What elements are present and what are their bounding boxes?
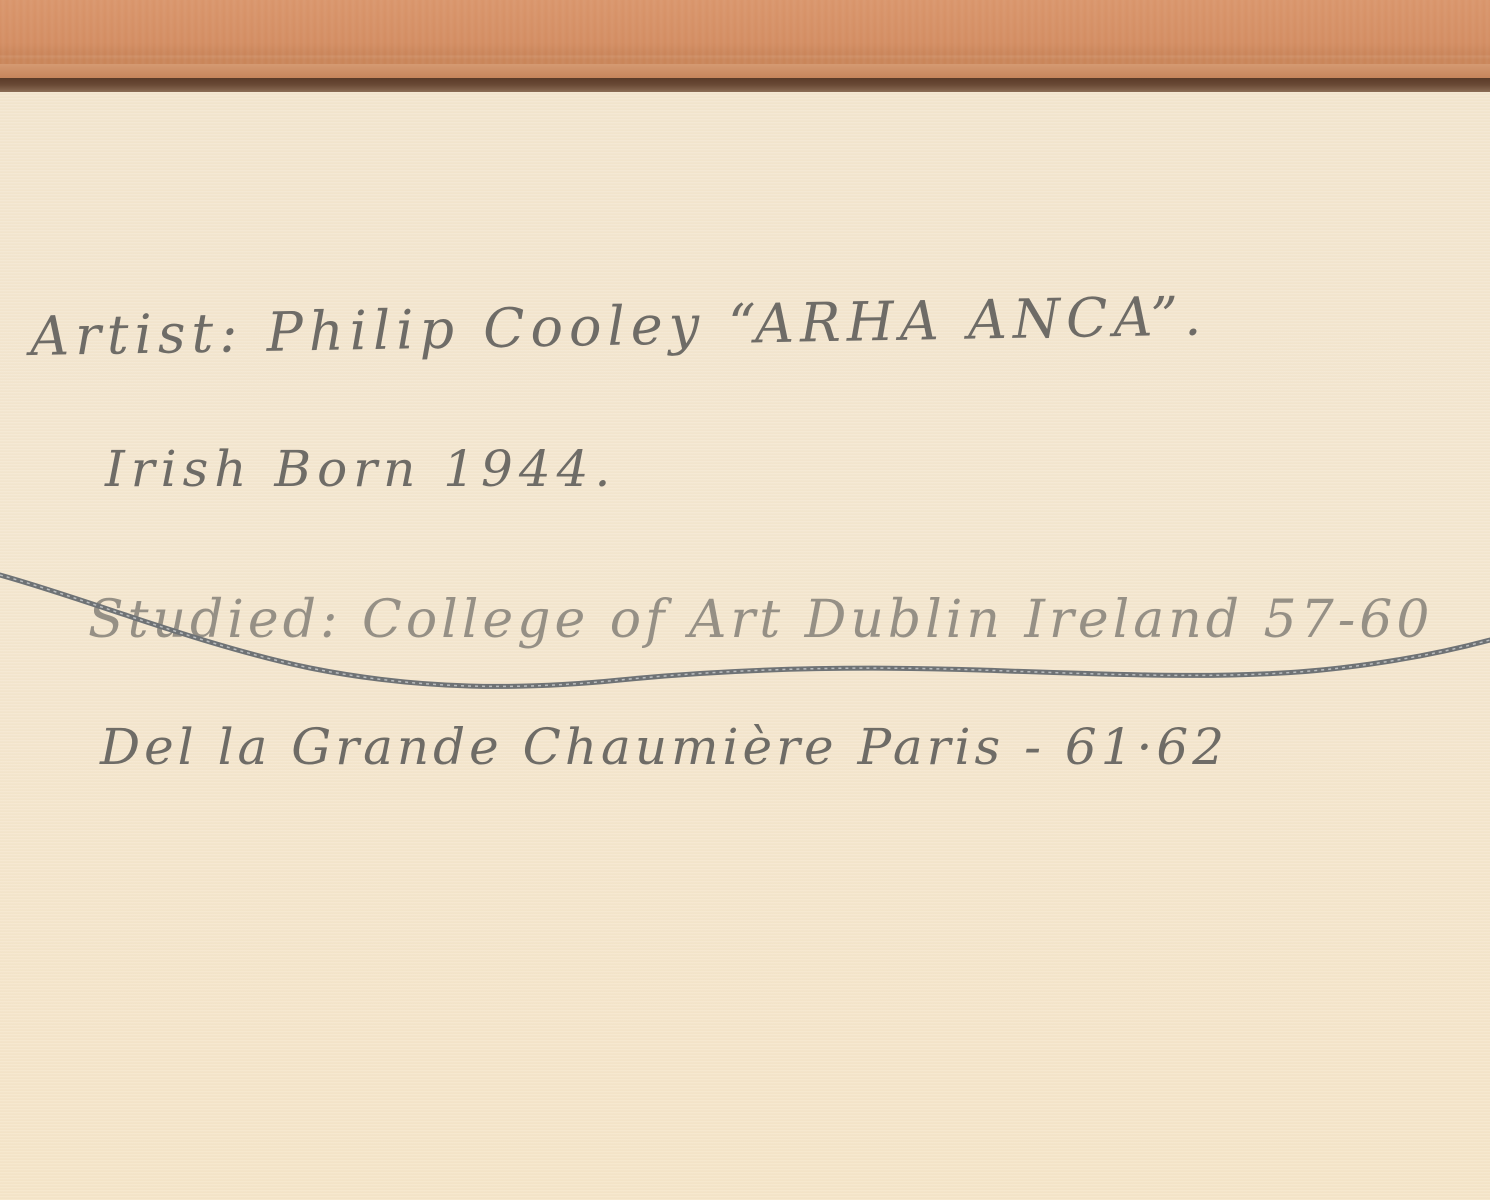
hanging-wire — [0, 0, 1490, 1200]
